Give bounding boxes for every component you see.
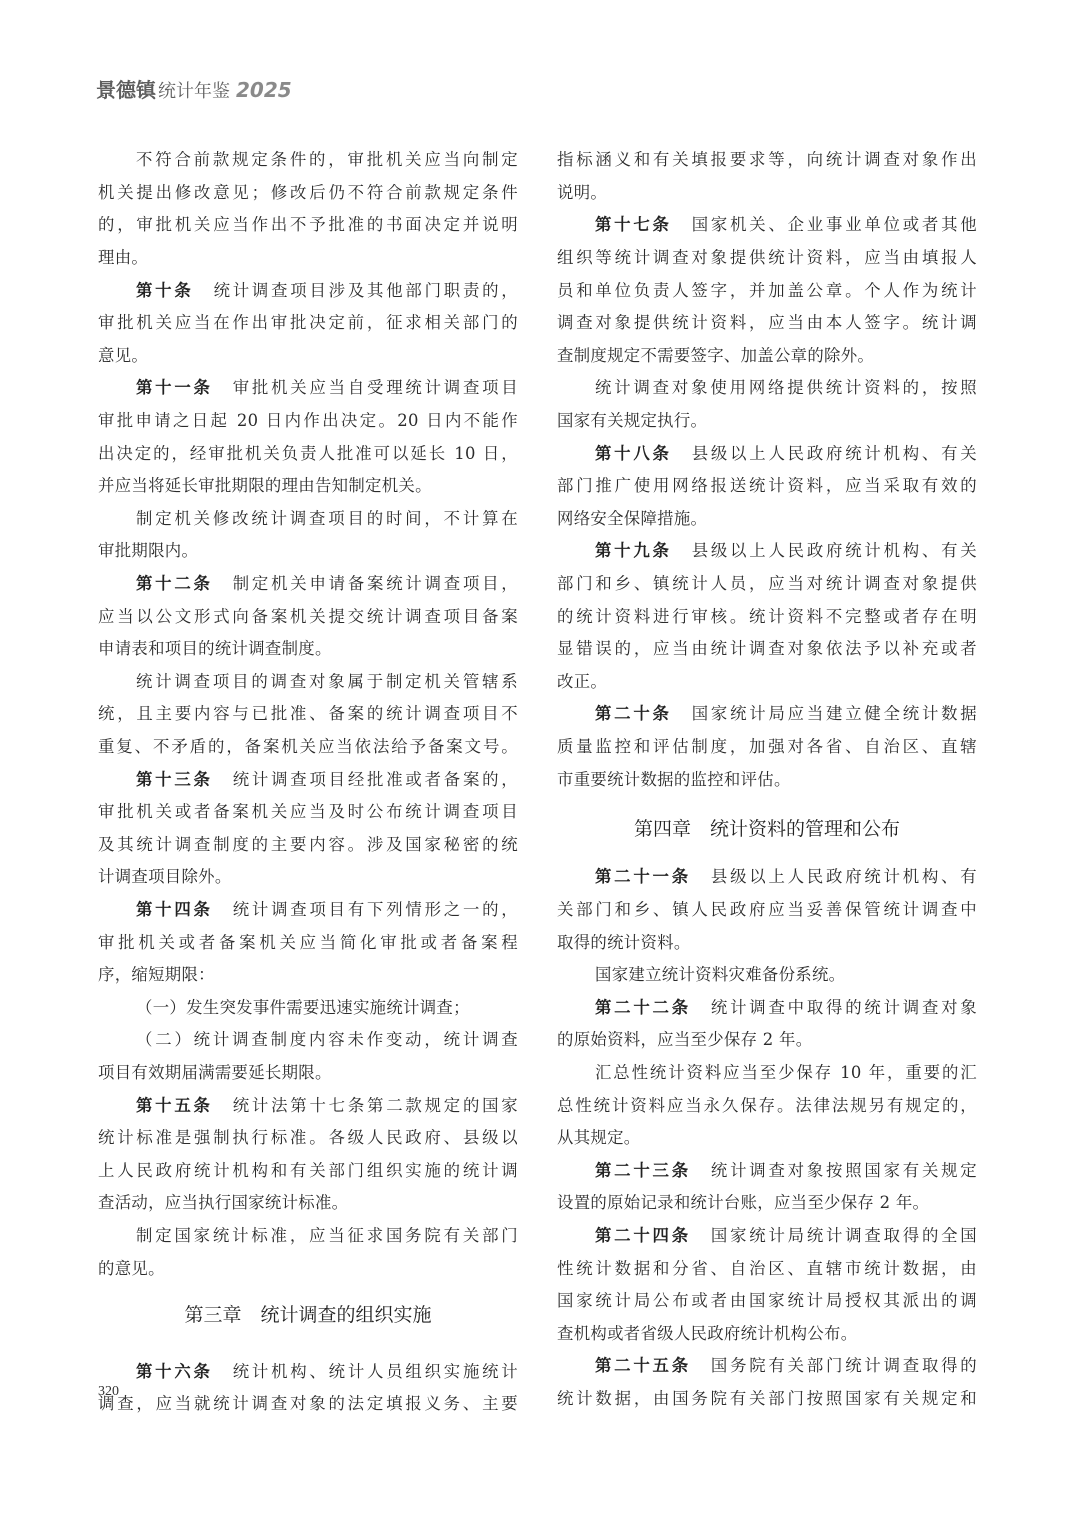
line-text: 关部门和乡、镇人民政府应当妥善保管统计调查中 (557, 900, 977, 919)
line-text: 查活动，应当执行国家统计标准。 (98, 1193, 348, 1212)
text-line: 市重要统计数据的监控和评估。 (557, 768, 977, 792)
line-text: 不符合前款规定条件的，审批机关应当向制定 (136, 150, 518, 169)
article-number: 第二十三条 (595, 1161, 691, 1180)
text-line: 国家有关规定执行。 (557, 409, 977, 433)
text-line: 的统计资料进行审核。统计资料不完整或者存在明 (557, 605, 977, 629)
line-text: 从其规定。 (557, 1128, 640, 1147)
text-line: 性统计数据和分省、自治区、直辖市统计数据，由 (557, 1257, 977, 1281)
article-line: 第十九条县级以上人民政府统计机构、有关 (557, 539, 977, 563)
line-text: 质量监控和评估制度，加强对各省、自治区、直辖 (557, 737, 977, 756)
line-text: 应当以公文形式向备案机关提交统计调查项目备案 (98, 607, 518, 626)
line-text: 统计机构、统计人员组织实施统计 (233, 1362, 518, 1381)
text-line: 统，且主要内容与已批准、备案的统计调查项目不 (98, 702, 518, 726)
text-line: 改正。 (557, 670, 977, 694)
text-line: 取得的统计资料。 (557, 931, 977, 955)
article-line: 第二十一条县级以上人民政府统计机构、有 (557, 865, 977, 889)
text-line: 国家建立统计资料灾难备份系统。 (557, 963, 977, 987)
text-line: 设置的原始记录和统计台账，应当至少保存 2 年。 (557, 1191, 977, 1215)
text-line: 说明。 (557, 181, 977, 205)
line-text: 出决定的，经审批机关负责人批准可以延长 10 日， (98, 444, 518, 463)
line-text: 重复、不矛盾的，备案机关应当依法给予备案文号。 (98, 737, 518, 756)
text-line: 从其规定。 (557, 1126, 977, 1150)
header-city: 景德镇 (96, 74, 156, 103)
line-text: 县级以上人民政府统计机构、有关 (692, 444, 977, 463)
line-text: 并应当将延长审批期限的理由告知制定机关。 (98, 476, 432, 495)
line-text: 查机构或者省级人民政府统计机构公布。 (557, 1324, 857, 1343)
line-text: 意见。 (98, 346, 148, 365)
text-line: 网络安全保障措施。 (557, 507, 977, 531)
line-text: （一）发生突发事件需要迅速实施统计调查； (136, 998, 470, 1017)
line-text: 指标涵义和有关填报要求等，向统计调查对象作出 (557, 150, 977, 169)
line-text: 理由。 (98, 248, 148, 267)
line-text: 县级以上人民政府统计机构、有关 (692, 541, 977, 560)
line-text: 调查对象提供统计资料，应当由本人签字。统计调 (557, 313, 977, 332)
text-line: 查机构或者省级人民政府统计机构公布。 (557, 1322, 977, 1346)
text-line: 及其统计调查制度的主要内容。涉及国家秘密的统 (98, 833, 518, 857)
text-line: 查活动，应当执行国家统计标准。 (98, 1191, 518, 1215)
line-text: 国家统计局统计调查取得的全国 (711, 1226, 977, 1245)
line-text: 统计调查项目有下列情形之一的， (233, 900, 518, 919)
line-text: 汇总性统计资料应当至少保存 10 年，重要的汇 (595, 1063, 977, 1082)
line-text: 的统计资料进行审核。统计资料不完整或者存在明 (557, 607, 977, 626)
text-line: 关部门和乡、镇人民政府应当妥善保管统计调查中 (557, 898, 977, 922)
article-number: 第二十四条 (595, 1226, 691, 1245)
line-text: 统计调查项目涉及其他部门职责的， (214, 281, 518, 300)
text-line: 部门和乡、镇统计人员，应当对统计调查对象提供 (557, 572, 977, 596)
text-line: 组织等统计调查对象提供统计资料，应当由填报人 (557, 246, 977, 270)
line-text: 制定机关修改统计调查项目的时间，不计算在 (136, 509, 518, 528)
text-line: 审批期限内。 (98, 539, 518, 563)
line-text: 统计调查对象按照国家有关规定 (711, 1161, 977, 1180)
line-text: 机关提出修改意见；修改后仍不符合前款规定条件 (98, 183, 518, 202)
line-text: 国家统计局公布或者由国家统计局授权其派出的调 (557, 1291, 977, 1310)
article-number: 第二十一条 (595, 867, 691, 886)
chapter-heading: 第三章 统计调查的组织实施 (98, 1302, 518, 1328)
line-text: 国务院有关部门统计调查取得的 (711, 1356, 977, 1375)
line-text: 的原始资料，应当至少保存 2 年。 (557, 1030, 812, 1049)
line-text: 查制度规定不需要签字、加盖公章的除外。 (557, 346, 874, 365)
text-line: 应当以公文形式向备案机关提交统计调查项目备案 (98, 605, 518, 629)
text-line: 审批机关应当在作出审批决定前，征求相关部门的 (98, 311, 518, 335)
article-number: 第十四条 (136, 900, 213, 919)
line-text: 的，审批机关应当作出不予批准的书面决定并说明 (98, 215, 518, 234)
header-year: 2025 (236, 78, 292, 102)
line-text: 设置的原始记录和统计台账，应当至少保存 2 年。 (557, 1193, 929, 1212)
text-line: 统计数据，由国务院有关部门按照国家有关规定和 (557, 1387, 977, 1411)
text-line: 调查对象提供统计资料，应当由本人签字。统计调 (557, 311, 977, 335)
article-number: 第二十五条 (595, 1356, 691, 1375)
text-line: 制定机关修改统计调查项目的时间，不计算在 (98, 507, 518, 531)
article-number: 第十九条 (595, 541, 672, 560)
article-line: 第十六条统计机构、统计人员组织实施统计 (98, 1360, 518, 1384)
article-number: 第十五条 (136, 1096, 213, 1115)
line-text: 统计法第十七条第二款规定的国家 (233, 1096, 518, 1115)
text-line: 出决定的，经审批机关负责人批准可以延长 10 日， (98, 442, 518, 466)
text-line: 显错误的，应当由统计调查对象依法予以补充或者 (557, 637, 977, 661)
article-line: 第二十四条国家统计局统计调查取得的全国 (557, 1224, 977, 1248)
text-line: 汇总性统计资料应当至少保存 10 年，重要的汇 (557, 1061, 977, 1085)
line-text: 国家机关、企业事业单位或者其他 (692, 215, 977, 234)
text-line: 统计调查项目的调查对象属于制定机关管辖系 (98, 670, 518, 694)
line-text: 改正。 (557, 672, 607, 691)
page-number: 320 (98, 1384, 119, 1400)
line-text: 序，缩短期限： (98, 965, 215, 984)
text-line: 的意见。 (98, 1257, 518, 1281)
text-line: 审批机关或者备案机关应当及时公布统计调查项目 (98, 800, 518, 824)
text-line: 计调查项目除外。 (98, 865, 518, 889)
line-text: 统计调查项目经批准或者备案的， (233, 770, 518, 789)
text-line: 项目有效期届满需要延长期限。 (98, 1061, 518, 1085)
line-text: 审批机关或者备案机关应当及时公布统计调查项目 (98, 802, 518, 821)
text-line: 的原始资料，应当至少保存 2 年。 (557, 1028, 977, 1052)
line-text: 审批机关应当自受理统计调查项目 (233, 378, 518, 397)
article-number: 第二十条 (595, 704, 672, 723)
article-number: 第二十二条 (595, 998, 691, 1017)
text-line: 理由。 (98, 246, 518, 270)
text-line: 的，审批机关应当作出不予批准的书面决定并说明 (98, 213, 518, 237)
text-line: 不符合前款规定条件的，审批机关应当向制定 (98, 148, 518, 172)
text-line: 重复、不矛盾的，备案机关应当依法给予备案文号。 (98, 735, 518, 759)
article-line: 第十三条统计调查项目经批准或者备案的， (98, 768, 518, 792)
line-text: 审批期限内。 (98, 541, 198, 560)
line-text: 审批机关应当在作出审批决定前，征求相关部门的 (98, 313, 518, 332)
line-text: 及其统计调查制度的主要内容。涉及国家秘密的统 (98, 835, 518, 854)
line-text: 市重要统计数据的监控和评估。 (557, 770, 791, 789)
text-line: 国家统计局公布或者由国家统计局授权其派出的调 (557, 1289, 977, 1313)
article-line: 第十条统计调查项目涉及其他部门职责的， (98, 279, 518, 303)
line-text: 取得的统计资料。 (557, 933, 691, 952)
article-line: 第二十二条统计调查中取得的统计调查对象 (557, 996, 977, 1020)
line-text: 申请表和项目的统计调查制度。 (98, 639, 332, 658)
line-text: 的意见。 (98, 1259, 165, 1278)
text-line: 质量监控和评估制度，加强对各省、自治区、直辖 (557, 735, 977, 759)
article-line: 第十一条审批机关应当自受理统计调查项目 (98, 376, 518, 400)
line-text: 县级以上人民政府统计机构、有 (711, 867, 977, 886)
article-line: 第二十三条统计调查对象按照国家有关规定 (557, 1159, 977, 1183)
text-line: 并应当将延长审批期限的理由告知制定机关。 (98, 474, 518, 498)
article-line: 第十八条县级以上人民政府统计机构、有关 (557, 442, 977, 466)
article-number: 第十一条 (136, 378, 213, 397)
line-text: 审批机关或者备案机关应当简化审批或者备案程 (98, 933, 518, 952)
text-line: 机关提出修改意见；修改后仍不符合前款规定条件 (98, 181, 518, 205)
running-header: 景德镇 统计年鉴 2025 (96, 74, 292, 106)
line-text: 显错误的，应当由统计调查对象依法予以补充或者 (557, 639, 977, 658)
line-text: 员和单位负责人签字，并加盖公章。个人作为统计 (557, 281, 977, 300)
text-line: 意见。 (98, 344, 518, 368)
line-text: 调查，应当就统计调查对象的法定填报义务、主要 (98, 1394, 518, 1413)
text-line: 序，缩短期限： (98, 963, 518, 987)
line-text: 统计调查对象使用网络提供统计资料的，按照 (595, 378, 977, 397)
line-text: 说明。 (557, 183, 607, 202)
text-line: 上人民政府统计机构和有关部门组织实施的统计调 (98, 1159, 518, 1183)
article-number: 第十七条 (595, 215, 672, 234)
line-text: 性统计数据和分省、自治区、直辖市统计数据，由 (557, 1259, 977, 1278)
line-text: 组织等统计调查对象提供统计资料，应当由填报人 (557, 248, 977, 267)
article-line: 第十五条统计法第十七条第二款规定的国家 (98, 1094, 518, 1118)
text-line: 审批机关或者备案机关应当简化审批或者备案程 (98, 931, 518, 955)
line-text: 统计调查项目的调查对象属于制定机关管辖系 (136, 672, 518, 691)
text-line: （二）统计调查制度内容未作变动，统计调查 (98, 1028, 518, 1052)
line-text: 部门推广使用网络报送统计资料，应当采取有效的 (557, 476, 977, 495)
line-text: 项目有效期届满需要延长期限。 (98, 1063, 332, 1082)
line-text: （二）统计调查制度内容未作变动，统计调查 (136, 1030, 518, 1049)
line-text: 统计数据，由国务院有关部门按照国家有关规定和 (557, 1389, 977, 1408)
text-line: 调查，应当就统计调查对象的法定填报义务、主要 (98, 1392, 518, 1416)
text-line: 指标涵义和有关填报要求等，向统计调查对象作出 (557, 148, 977, 172)
header-book-title: 统计年鉴 (158, 77, 230, 103)
article-number: 第十八条 (595, 444, 672, 463)
text-line: 统计标准是强制执行标准。各级人民政府、县级以 (98, 1126, 518, 1150)
article-line: 第二十五条国务院有关部门统计调查取得的 (557, 1354, 977, 1378)
text-line: 申请表和项目的统计调查制度。 (98, 637, 518, 661)
article-number: 第十二条 (136, 574, 213, 593)
line-text: 制定机关申请备案统计调查项目， (233, 574, 518, 593)
text-line: 总性统计资料应当永久保存。法律法规另有规定的， (557, 1094, 977, 1118)
line-text: 统计标准是强制执行标准。各级人民政府、县级以 (98, 1128, 518, 1147)
article-number: 第十条 (136, 281, 194, 300)
article-line: 第十七条国家机关、企业事业单位或者其他 (557, 213, 977, 237)
article-line: 第十四条统计调查项目有下列情形之一的， (98, 898, 518, 922)
line-text: 制定国家统计标准，应当征求国务院有关部门 (136, 1226, 518, 1245)
text-line: 制定国家统计标准，应当征求国务院有关部门 (98, 1224, 518, 1248)
line-text: 国家有关规定执行。 (557, 411, 707, 430)
article-number: 第十六条 (136, 1362, 213, 1381)
line-text: 审批申请之日起 20 日内作出决定。20 日内不能作 (98, 411, 518, 430)
article-line: 第二十条国家统计局应当建立健全统计数据 (557, 702, 977, 726)
line-text: 国家统计局应当建立健全统计数据 (692, 704, 977, 723)
chapter-heading: 第四章 统计资料的管理和公布 (557, 816, 977, 842)
line-text: 国家建立统计资料灾难备份系统。 (595, 965, 845, 984)
line-text: 统，且主要内容与已批准、备案的统计调查项目不 (98, 704, 518, 723)
text-line: 查制度规定不需要签字、加盖公章的除外。 (557, 344, 977, 368)
line-text: 部门和乡、镇统计人员，应当对统计调查对象提供 (557, 574, 977, 593)
line-text: 上人民政府统计机构和有关部门组织实施的统计调 (98, 1161, 518, 1180)
line-text: 统计调查中取得的统计调查对象 (711, 998, 977, 1017)
article-number: 第十三条 (136, 770, 213, 789)
text-line: 员和单位负责人签字，并加盖公章。个人作为统计 (557, 279, 977, 303)
text-line: （一）发生突发事件需要迅速实施统计调查； (98, 996, 518, 1020)
text-line: 统计调查对象使用网络提供统计资料的，按照 (557, 376, 977, 400)
line-text: 总性统计资料应当永久保存。法律法规另有规定的， (557, 1096, 977, 1115)
article-line: 第十二条制定机关申请备案统计调查项目， (98, 572, 518, 596)
line-text: 计调查项目除外。 (98, 867, 232, 886)
text-line: 审批申请之日起 20 日内作出决定。20 日内不能作 (98, 409, 518, 433)
text-line: 部门推广使用网络报送统计资料，应当采取有效的 (557, 474, 977, 498)
line-text: 网络安全保障措施。 (557, 509, 707, 528)
